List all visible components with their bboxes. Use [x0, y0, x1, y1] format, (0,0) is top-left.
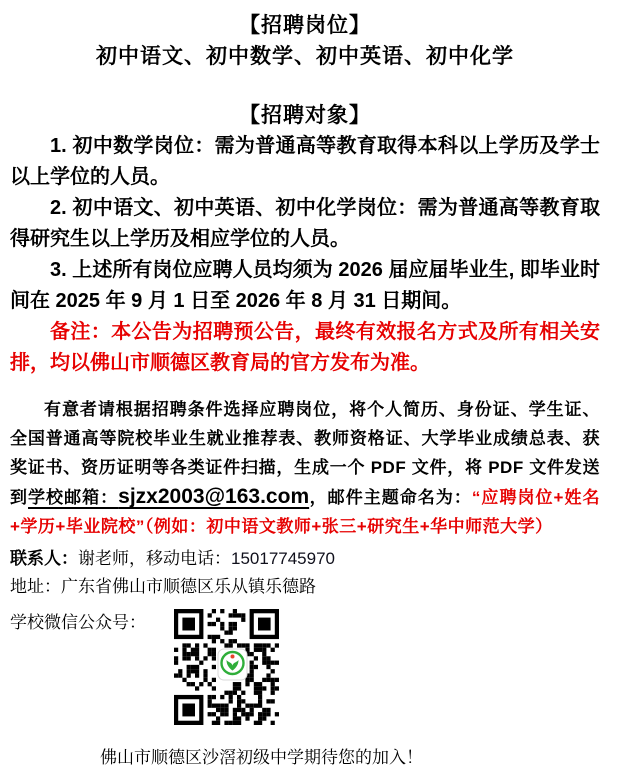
requirements-block: 1. 初中数学岗位：需为普通高等教育取得本科以上学历及学士以上学位的人员。 2.… — [10, 131, 600, 379]
application-instructions: 有意者请根据招聘条件选择应聘岗位，将个人简历、身份证、学生证、全国普通高等院校毕… — [10, 395, 600, 541]
qr-code-image — [174, 609, 279, 725]
contact-phone: 15017745970 — [231, 549, 335, 568]
requirement-item-3: 3. 上述所有岗位应聘人员均须为 2026 届应届毕业生, 即毕业时间在 202… — [10, 255, 600, 317]
remark-notice: 备注：本公告为招聘预公告，最终有效报名方式及所有相关安排，均以佛山市顺德区教育局… — [10, 317, 600, 379]
positions-subtitle: 初中语文、初中数学、初中英语、初中化学 — [10, 41, 600, 72]
requirement-item-1: 1. 初中数学岗位：需为普通高等教育取得本科以上学历及学士以上学位的人员。 — [10, 131, 600, 193]
school-email-label: 学校邮箱： — [28, 488, 118, 507]
school-email-link[interactable]: sjzx2003@163.com — [118, 485, 309, 508]
requirement-item-2: 2. 初中语文、初中英语、初中化学岗位：需为普通高等教育取得研究生以上学历及相应… — [10, 193, 600, 255]
wechat-qr-code — [174, 609, 279, 725]
contact-label: 联系人： — [10, 549, 78, 568]
wechat-row: 学校微信公众号： — [10, 609, 600, 725]
email-subject-intro: ，邮件主题命名为： — [309, 488, 472, 507]
email-subject-example: （例如：初中语文教师+张三+研究生+华中师范大学） — [145, 517, 553, 536]
page-title: 【招聘岗位】 — [10, 10, 600, 41]
contact-line: 联系人：谢老师，移动电话：15017745970 — [10, 545, 600, 573]
address-line: 地址：广东省佛山市顺德区乐从镇乐德路 — [10, 573, 600, 601]
section-title-targets: 【招聘对象】 — [10, 100, 600, 131]
wechat-label: 学校微信公众号： — [10, 609, 146, 637]
footer-welcome-text: 佛山市顺德区沙滘初级中学期待您的加入！ — [10, 745, 600, 769]
contact-value: 谢老师，移动电话： — [78, 549, 231, 568]
recruitment-notice-document: 【招聘岗位】 初中语文、初中数学、初中英语、初中化学 【招聘对象】 1. 初中数… — [0, 0, 628, 769]
